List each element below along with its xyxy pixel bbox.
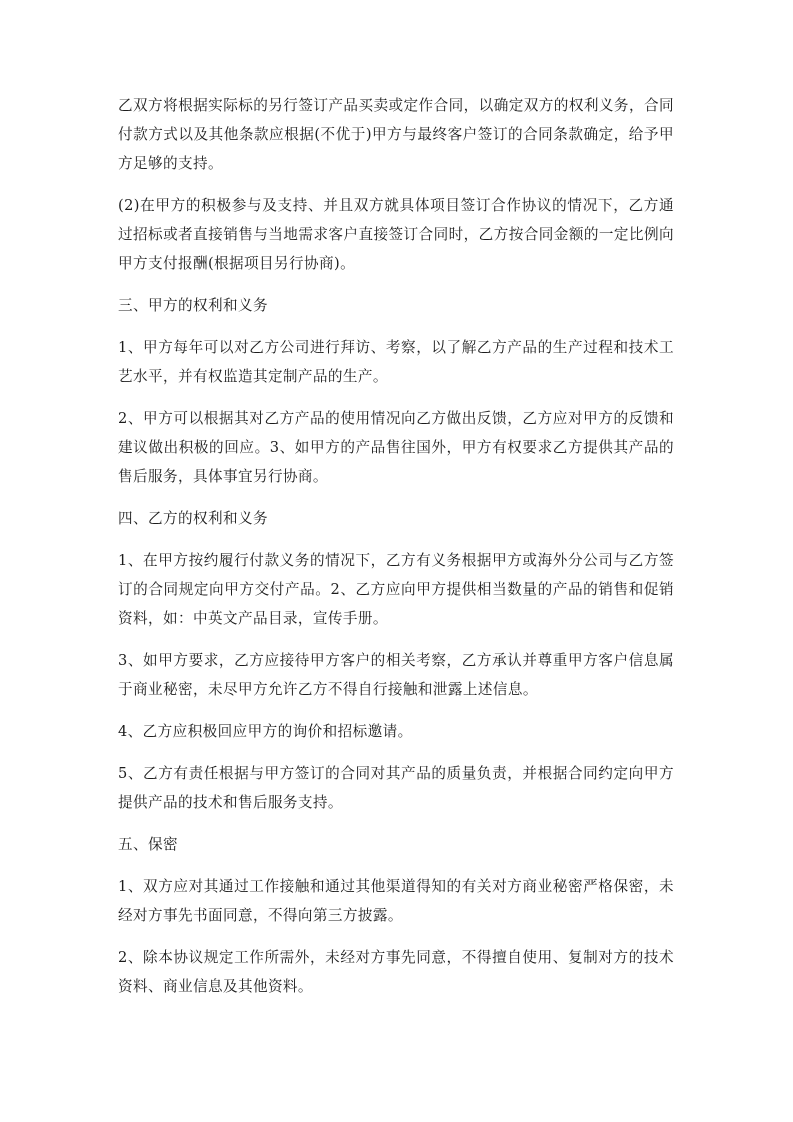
paragraph-party-a-clause-2-3: 2、甲方可以根据其对乙方产品的使用情况向乙方做出反馈，乙方应对甲方的反馈和建议做… [118,404,674,491]
paragraph-confidentiality-clause-1: 1、双方应对其通过工作接触和通过其他渠道得知的有关对方商业秘密严格保密，未经对方… [118,872,674,930]
paragraph-party-a-clause-1: 1、甲方每年可以对乙方公司进行拜访、考察，以了解乙方产品的生产过程和技术工艺水平… [118,333,674,391]
paragraph-commission: (2)在甲方的积极参与及支持、并且双方就具体项目签订合作协议的情况下，乙方通过招… [118,191,674,278]
paragraph-party-b-clause-4: 4、乙方应积极回应甲方的询价和招标邀请。 [118,717,674,746]
paragraph-confidentiality-clause-2: 2、除本协议规定工作所需外，未经对方事先同意，不得擅自使用、复制对方的技术资料、… [118,943,674,1001]
paragraph-party-b-clause-3: 3、如甲方要求，乙方应接待甲方客户的相关考察，乙方承认并尊重甲方客户信息属于商业… [118,646,674,704]
paragraph-party-b-clause-1-2: 1、在甲方按约履行付款义务的情况下，乙方有义务根据甲方或海外分公司与乙方签订的合… [118,546,674,633]
document-page: 乙双方将根据实际标的另行签订产品买卖或定作合同，以确定双方的权利义务，合同付款方… [118,91,674,1014]
section-heading-confidentiality: 五、保密 [118,830,674,859]
section-heading-party-b-rights: 四、乙方的权利和义务 [118,504,674,533]
section-heading-party-a-rights: 三、甲方的权利和义务 [118,291,674,320]
paragraph-payment-terms: 乙双方将根据实际标的另行签订产品买卖或定作合同，以确定双方的权利义务，合同付款方… [118,91,674,178]
paragraph-party-b-clause-5: 5、乙方有责任根据与甲方签订的合同对其产品的质量负责，并根据合同约定向甲方提供产… [118,759,674,817]
